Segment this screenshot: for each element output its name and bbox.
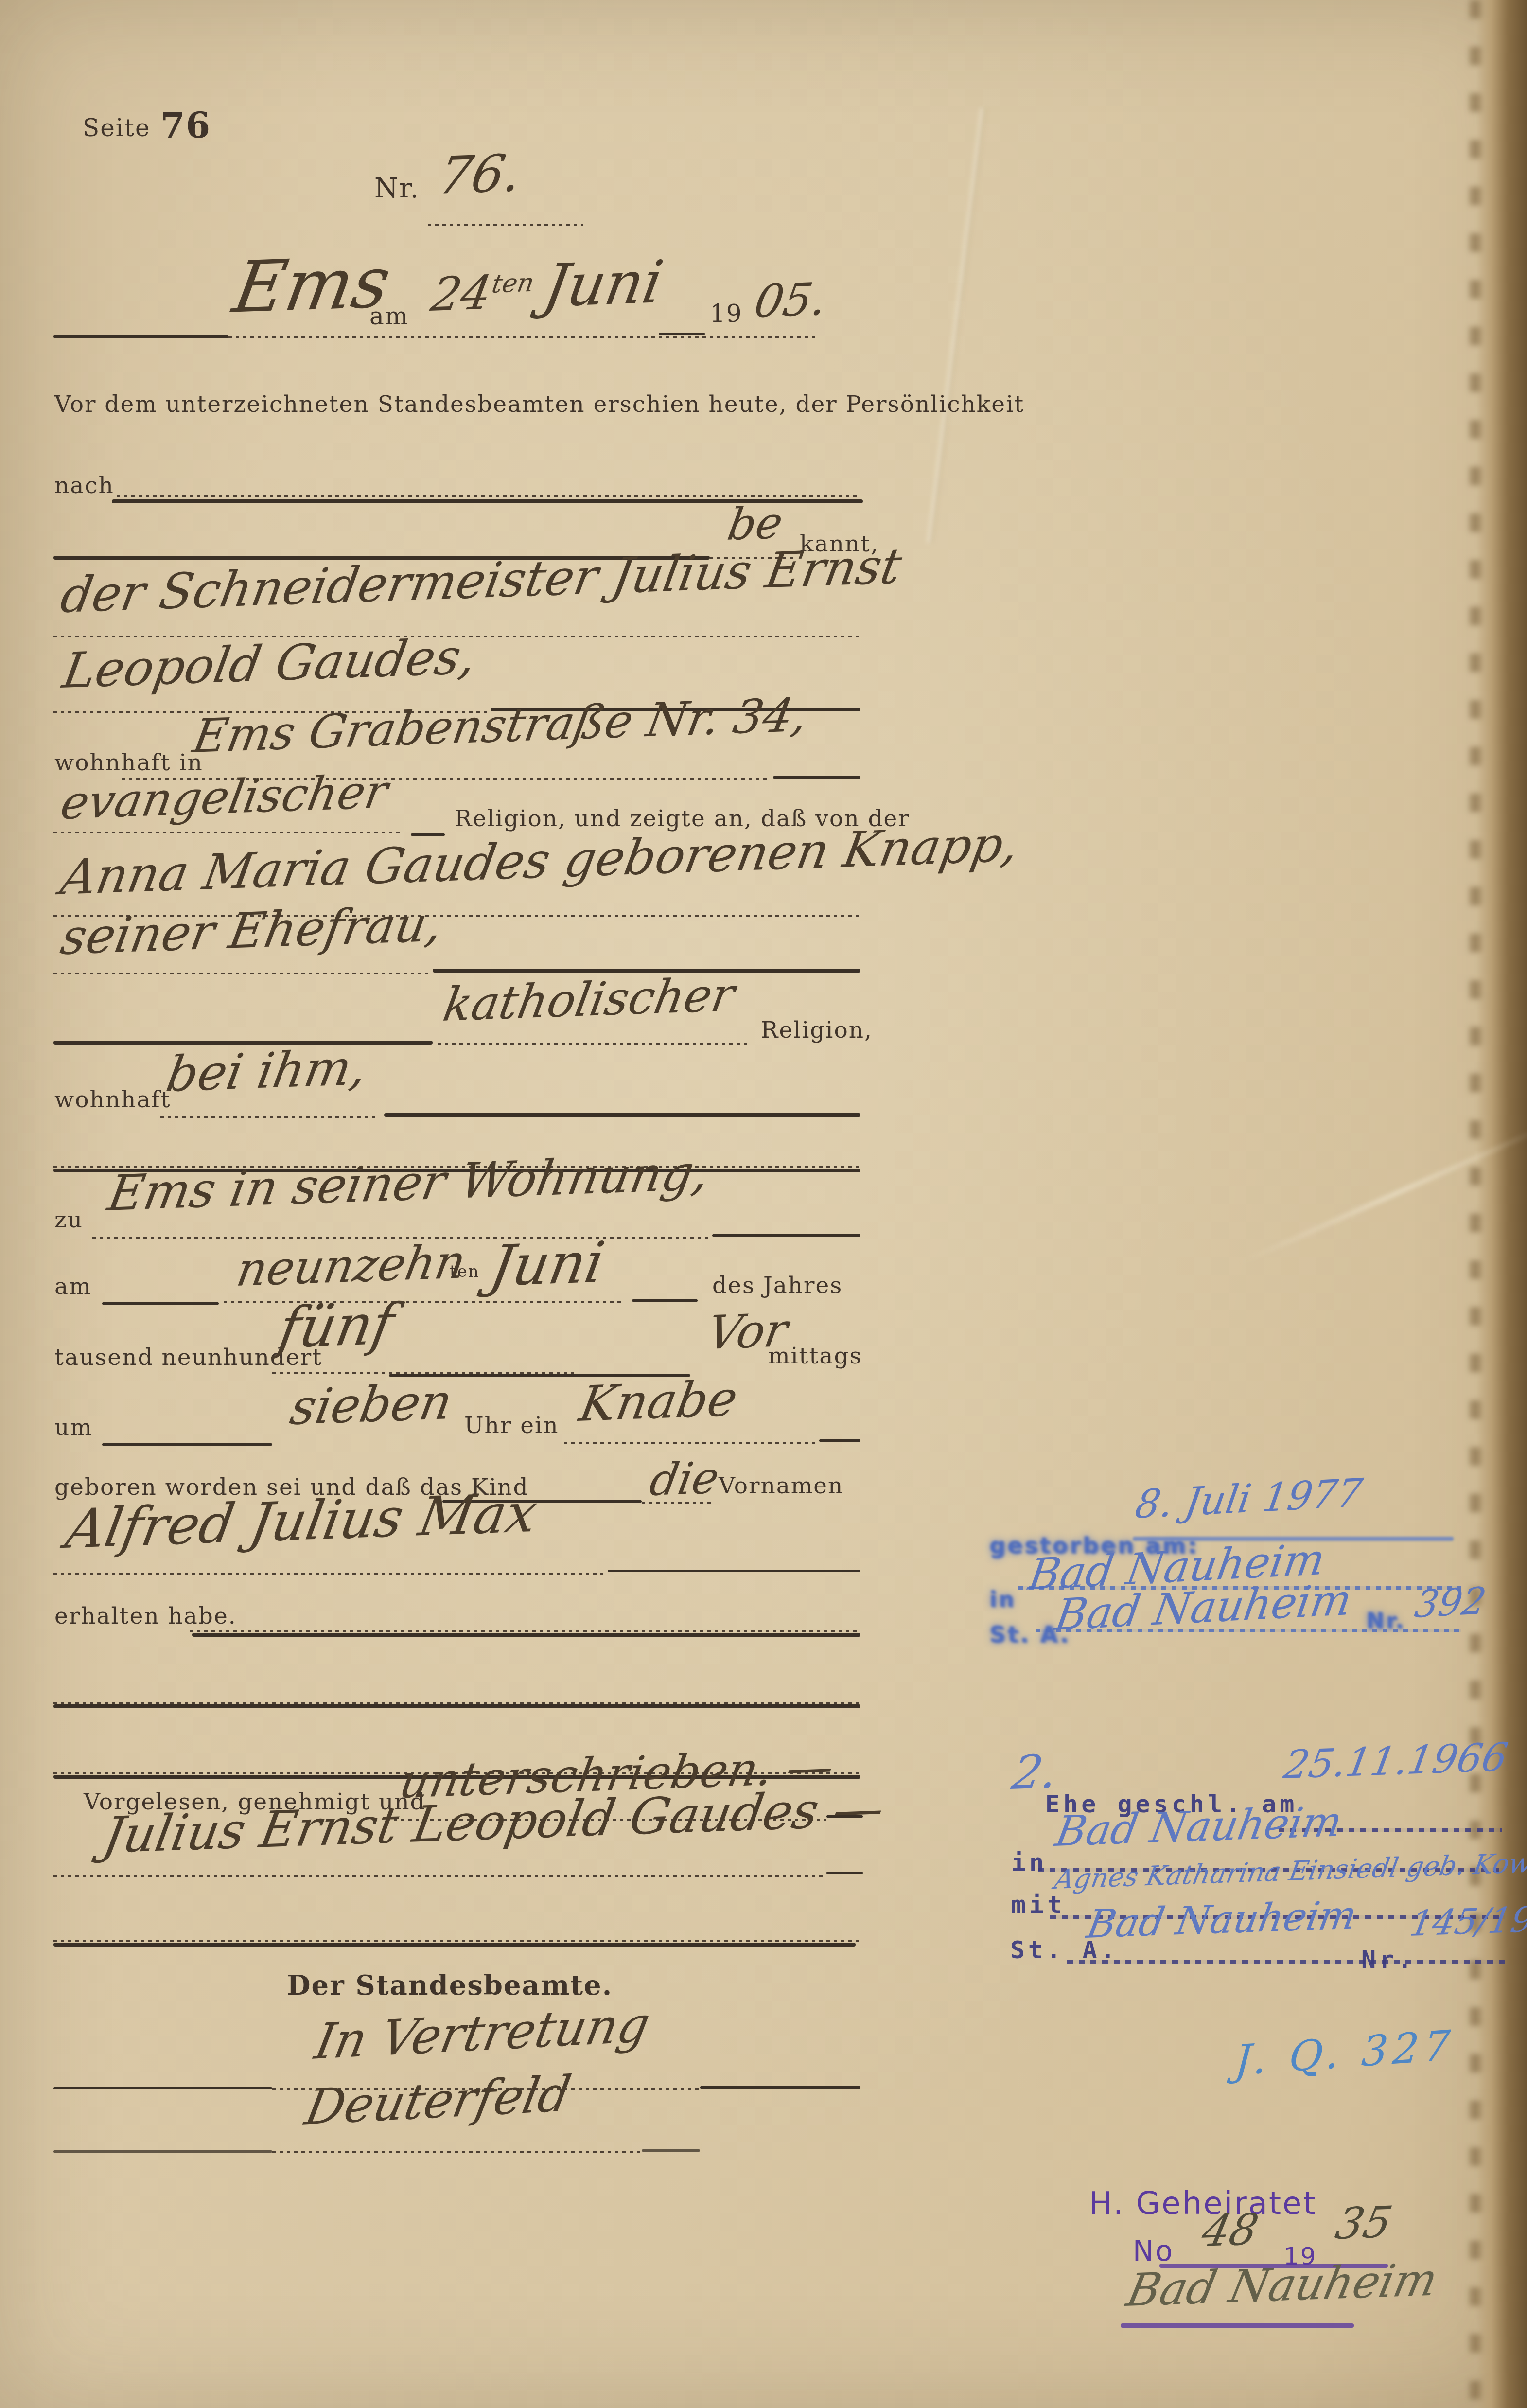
mother-rel-dotted xyxy=(53,973,428,974)
record-nr-value: 76. xyxy=(435,147,526,202)
death-stamp-in-label: in xyxy=(989,1589,1016,1611)
official-signature: Deuterfeld xyxy=(301,2069,575,2132)
hour-dotted xyxy=(564,1442,817,1444)
dateline-month: Juni xyxy=(540,253,667,316)
register-page: Seite 76 Nr. 76. Ems am 24ten Juni 19 05… xyxy=(0,0,1527,2408)
declarant-line2: Leopold Gaudes, xyxy=(59,632,480,695)
official-solid-left xyxy=(53,2150,272,2153)
nach-dotted xyxy=(117,495,860,497)
vornamen-label: Vornamen xyxy=(719,1474,843,1497)
child-sex-handwritten: Knabe xyxy=(576,1374,741,1429)
birth-day-handwritten: neunzehn xyxy=(233,1239,469,1293)
mittags-label: mittags xyxy=(768,1345,862,1367)
am2-label: am xyxy=(54,1275,92,1298)
dateline-solid-line xyxy=(53,335,228,338)
birthplace-solid xyxy=(712,1234,860,1237)
married-stamp-place: Bad Nauheim xyxy=(1123,2257,1441,2313)
um-label: um xyxy=(54,1416,93,1439)
marriage-stamp-line4 xyxy=(1067,1960,1505,1964)
hour-handwritten: sieben xyxy=(287,1378,456,1432)
declarant-line1: der Schneidermeister Julius Ernst xyxy=(57,542,905,620)
married-stamp-no-label: No xyxy=(1133,2237,1174,2265)
official-dotted xyxy=(272,2151,642,2153)
closing-row-solid xyxy=(53,1943,856,1947)
die-handwritten: die xyxy=(647,1456,722,1503)
religion2-handwritten: katholischer xyxy=(440,972,738,1028)
page-number: 76 xyxy=(160,108,211,143)
dateline-am-label: am xyxy=(369,304,409,328)
vertretung-handwritten: In Vertretung xyxy=(311,2000,654,2067)
mother-relation: seiner Ehefrau, xyxy=(57,900,446,962)
death-stamp-line3 xyxy=(1036,1629,1461,1632)
married-stamp-underline xyxy=(1121,2323,1354,2328)
religion1-handwritten: evangelischer xyxy=(57,769,391,827)
bei-ihm-solid xyxy=(384,1113,860,1117)
married-stamp-no-value: 48 xyxy=(1198,2208,1262,2253)
binding-edge xyxy=(1476,0,1527,2408)
blank-row2-dotted xyxy=(53,1702,860,1704)
hour-dash-left xyxy=(102,1443,272,1446)
page-label: Seite xyxy=(83,116,151,140)
bei-ihm-dotted xyxy=(160,1116,379,1118)
birthday-dash-left xyxy=(102,1302,219,1305)
ten-label: ten xyxy=(450,1263,480,1280)
child-names-handwritten: Alfred Julius Max xyxy=(62,1486,541,1556)
religion1-dotted xyxy=(53,832,404,833)
intro-text: Vor dem unterzeichneten Standesbeamten e… xyxy=(54,393,1024,416)
dateline-year-hw: 05. xyxy=(751,277,830,324)
erhalten-dotted xyxy=(190,1630,860,1632)
des-jahres-label: des Jahres xyxy=(712,1274,843,1297)
marriage-stamp-sta-place: Bad Nauheim xyxy=(1084,1895,1360,1944)
record-nr-label: Nr. xyxy=(374,175,420,202)
death-stamp-date: 8. Juli 1977 xyxy=(1133,1473,1365,1524)
nach-label: nach xyxy=(54,474,114,497)
signature-dash xyxy=(826,1872,863,1874)
official-solid-right xyxy=(642,2149,700,2152)
uhr-ein-label: Uhr ein xyxy=(464,1414,559,1437)
paper-crease xyxy=(926,108,987,543)
vertretung-solid-right xyxy=(700,2086,860,2089)
residence-solid xyxy=(773,776,860,779)
hour-dash-right xyxy=(819,1439,860,1442)
death-stamp-sta-label: St. A. xyxy=(989,1623,1071,1646)
marriage-stamp-date: 25.11.1966 xyxy=(1281,1737,1510,1785)
blank-row2-solid xyxy=(53,1704,860,1708)
religion2-label: Religion, xyxy=(761,1019,873,1042)
pencil-note: J. Q. 327 xyxy=(1234,2025,1457,2082)
marriage-stamp-spouse: Agnes Katharina Einsiedl geb. Kowanitz xyxy=(1053,1847,1527,1893)
marriage-stamp-mit-label: mit xyxy=(1011,1893,1065,1917)
nr-underline xyxy=(428,224,583,226)
married-stamp-label: H. Geheiratet xyxy=(1089,2188,1316,2219)
year-word-handwritten: fünf xyxy=(275,1296,398,1357)
birthplace-handwritten: Ems in seiner Wohnung, xyxy=(105,1148,713,1218)
erhalten-label: erhalten habe. xyxy=(54,1605,237,1628)
closing-row-dotted xyxy=(53,1940,860,1942)
death-stamp-nr-value: 392 xyxy=(1412,1582,1489,1623)
child-names-dotted xyxy=(53,1573,603,1575)
birthday-dash-right xyxy=(632,1299,698,1302)
dateline-year-printed: 19 xyxy=(710,301,743,326)
zu-label: zu xyxy=(54,1208,83,1231)
residence-handwritten: Ems Grabenstraße Nr. 34, xyxy=(190,692,811,760)
religion2-dotted xyxy=(438,1043,749,1045)
wohnhaft-label: wohnhaft xyxy=(54,1088,171,1111)
dateline-day: 24ten xyxy=(428,268,536,319)
signature-dotted xyxy=(53,1875,826,1877)
dateline-dash xyxy=(659,333,705,335)
married-stamp-year-value: 35 xyxy=(1332,2200,1396,2246)
wohnhaft-in-label: wohnhaft in xyxy=(54,751,203,774)
vertretung-solid-left xyxy=(53,2087,272,2089)
standesbeamte-label: Der Standesbeamte. xyxy=(287,1972,613,1999)
erhalten-solid xyxy=(192,1633,860,1637)
birth-month-handwritten: Juni xyxy=(486,1235,608,1295)
birthday-dotted xyxy=(224,1301,622,1303)
child-names-solid xyxy=(608,1570,860,1572)
marriage-stamp-nr-value: 145/1966 xyxy=(1407,1900,1527,1941)
be-handwritten: be xyxy=(724,501,786,547)
bei-ihm-handwritten: bei ihm, xyxy=(163,1043,370,1099)
marriage-stamp-place: Bad Nauheim xyxy=(1053,1801,1345,1853)
